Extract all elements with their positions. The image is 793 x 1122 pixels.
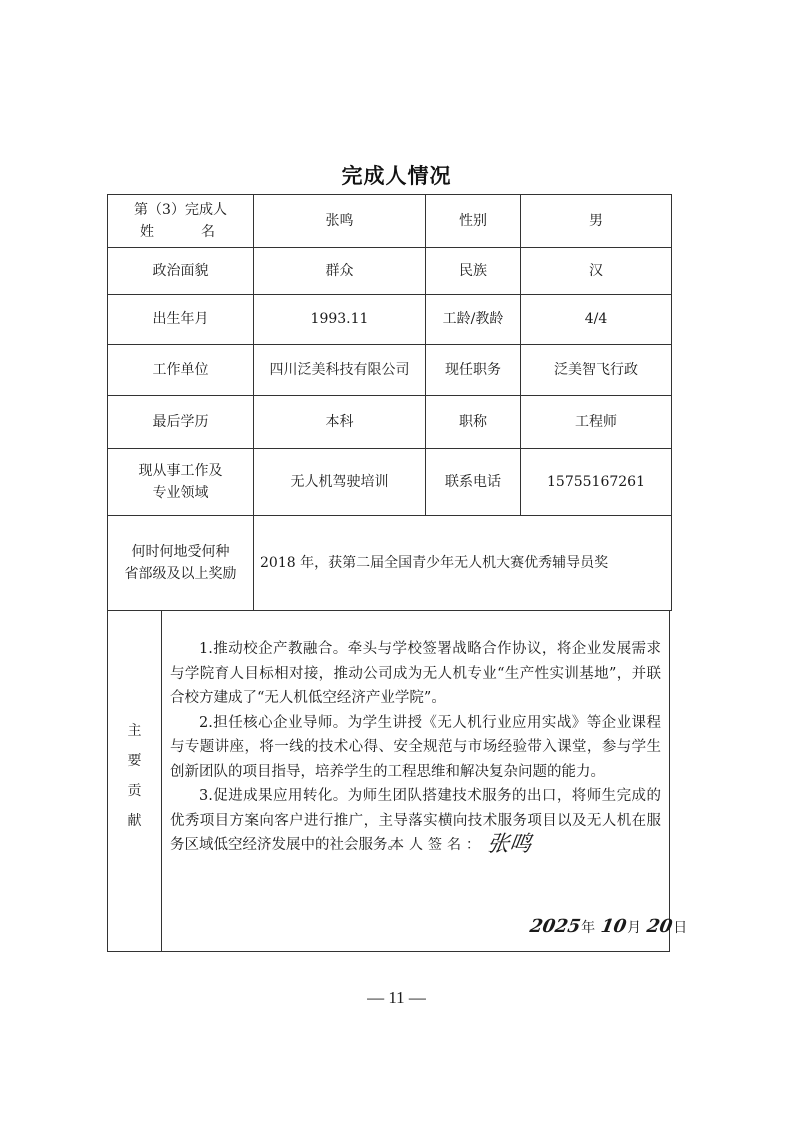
handwritten-signature: 张鸣 (485, 833, 532, 858)
table-row: 出生年月 1993.11 工龄/教龄 4/4 (108, 295, 672, 345)
table-row: 最后学历 本科 职称 工程师 (108, 396, 672, 449)
completer-rank-label: 第（3）完成人 (108, 199, 253, 221)
name-label: 姓 名 (108, 221, 253, 243)
work-years-label: 工龄/教龄 (426, 295, 521, 345)
work-years-value: 4/4 (521, 295, 672, 345)
name-label-cell: 第（3）完成人 姓 名 (108, 195, 254, 248)
page-number: — 11 — (0, 988, 793, 1008)
main-contributions-body: 1.推动校企产教融合。牵头与学校签署战略合作协议，将企业发展需求与学院育人目标相… (162, 610, 669, 951)
date-day: 20 (645, 915, 674, 940)
table-row: 现从事工作及 专业领域 无人机驾驶培训 联系电话 15755167261 (108, 449, 672, 516)
gender-value: 男 (521, 195, 672, 248)
page-title: 完成人情况 (0, 160, 793, 190)
signature-label: 本人签名： (390, 833, 485, 858)
work-field-label-cell: 现从事工作及 专业领域 (108, 449, 254, 516)
ethnicity-value: 汉 (521, 248, 672, 295)
title-label: 职称 (426, 396, 521, 449)
phone-label: 联系电话 (426, 449, 521, 516)
phone-value: 15755167261 (521, 449, 672, 516)
gender-label: 性别 (426, 195, 521, 248)
date-year: 2025 (528, 915, 582, 940)
work-field-value: 无人机驾驶培训 (254, 449, 426, 516)
ethnicity-label: 民族 (426, 248, 521, 295)
position-label: 现任职务 (426, 345, 521, 396)
table-row: 何时何地受何种 省部级及以上奖励 2018 年，获第二届全国青少年无人机大赛优秀… (108, 516, 672, 611)
political-status-value: 群众 (254, 248, 426, 295)
employer-label: 工作单位 (108, 345, 254, 396)
main-contributions-label: 主 要 贡 献 (108, 610, 162, 951)
birth-date-label: 出生年月 (108, 295, 254, 345)
contribution-paragraph: 2.担任核心企业导师。为学生讲授《无人机行业应用实战》等企业课程与专题讲座，将一… (170, 711, 661, 785)
completer-info-table: 第（3）完成人 姓 名 张鸣 性别 男 政治面貌 群众 民族 汉 出生年月 19… (107, 194, 672, 611)
award-value: 2018 年，获第二届全国青少年无人机大赛优秀辅导员奖 (254, 516, 672, 611)
signature-date: 2025 年 10 月 20 日 (530, 915, 693, 941)
contribution-paragraph: 1.推动校企产教融合。牵头与学校签署战略合作协议，将企业发展需求与学院育人目标相… (170, 637, 661, 711)
date-month: 10 (599, 915, 628, 940)
political-status-label: 政治面貌 (108, 248, 254, 295)
table-row: 工作单位 四川泛美科技有限公司 现任职务 泛美智飞行政 (108, 345, 672, 396)
name-value: 张鸣 (254, 195, 426, 248)
employer-value: 四川泛美科技有限公司 (254, 345, 426, 396)
table-row: 政治面貌 群众 民族 汉 (108, 248, 672, 295)
main-contributions-section: 主 要 贡 献 1.推动校企产教融合。牵头与学校签署战略合作协议，将企业发展需求… (107, 610, 670, 952)
education-value: 本科 (254, 396, 426, 449)
table-row: 第（3）完成人 姓 名 张鸣 性别 男 (108, 195, 672, 248)
position-value: 泛美智飞行政 (521, 345, 672, 396)
award-label-cell: 何时何地受何种 省部级及以上奖励 (108, 516, 254, 611)
education-label: 最后学历 (108, 396, 254, 449)
signature-line: 本人签名： 张鸣 (390, 833, 531, 858)
title-value: 工程师 (521, 396, 672, 449)
birth-date-value: 1993.11 (254, 295, 426, 345)
